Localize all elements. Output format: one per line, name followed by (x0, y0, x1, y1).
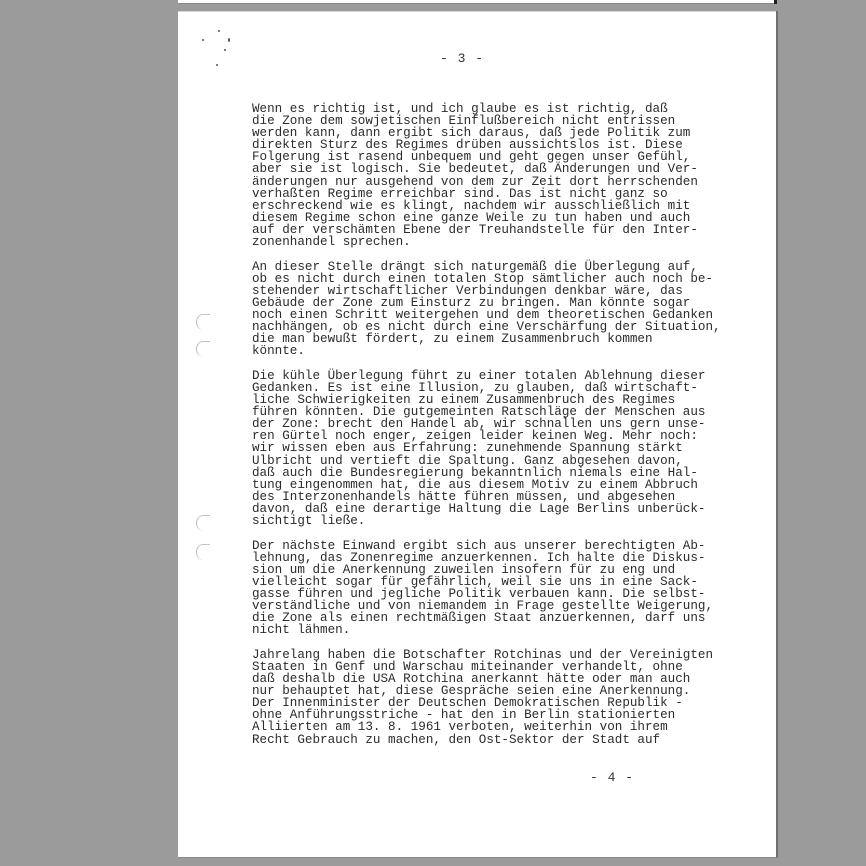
scan-speck (202, 39, 204, 41)
page-number-bottom: - 4 - (590, 770, 634, 785)
text-line: wir wissen eben aus Erfahrung: zunehmend… (252, 442, 722, 454)
punch-hole-mark (196, 341, 210, 357)
punch-hole-mark (196, 515, 210, 531)
text-line: ob es nicht durch einen totalen Stop säm… (252, 273, 722, 285)
text-line: Recht Gebrauch zu machen, den Ost-Sektor… (252, 734, 722, 746)
paragraph: Jahrelang haben die Botschafter Rotchina… (252, 649, 722, 746)
scroll-marker (774, 0, 777, 4)
punch-hole-mark (196, 544, 210, 560)
text-line: daß auch die Bundesregierung bekanntnlic… (252, 467, 722, 479)
text-line: lehnung, das Zonenregime anzuerkennen. I… (252, 552, 722, 564)
text-line: könnte. (252, 345, 722, 357)
text-line: Alliierten am 13. 8. 1961 verboten, weit… (252, 721, 722, 733)
text-line: zonenhandel sprechen. (252, 236, 722, 248)
scan-speck (218, 30, 220, 32)
scan-speck (224, 49, 226, 51)
punch-hole-mark (196, 314, 210, 330)
document-page: - 3 - Wenn es richtig ist, und ich glaub… (178, 11, 778, 858)
text-line: Ulbricht und vertieft die Spaltung. Ganz… (252, 455, 722, 467)
text-line: Der nächste Einwand ergibt sich aus unse… (252, 540, 722, 552)
previous-page-edge (178, 0, 776, 4)
text-line: änderungen nur ausgehend von dem zur Zei… (252, 176, 722, 188)
scan-speck (216, 64, 218, 66)
text-line: nicht lähmen. (252, 624, 722, 636)
text-line: die man bewußt fördert, zu einem Zusamme… (252, 333, 722, 345)
paragraph: Wenn es richtig ist, und ich glaube es i… (252, 103, 722, 248)
text-line: aber sie ist logisch. Sie bedeutet, daß … (252, 163, 722, 175)
scan-speck (228, 38, 230, 42)
paragraph: An dieser Stelle drängt sich naturgemäß … (252, 261, 722, 358)
text-line: sichtigt ließe. (252, 515, 722, 527)
paragraph: Der nächste Einwand ergibt sich aus unse… (252, 540, 722, 637)
paragraph: Die kühle Überlegung führt zu einer tota… (252, 370, 722, 527)
page-number-top: - 3 - (440, 51, 484, 66)
text-line: verhaßten Regime erreichbar sind. Das is… (252, 188, 722, 200)
text-line: tung eingenommen hat, die aus diesem Mot… (252, 479, 722, 491)
text-line: An dieser Stelle drängt sich naturgemäß … (252, 261, 722, 273)
document-body: Wenn es richtig ist, und ich glaube es i… (252, 103, 722, 758)
